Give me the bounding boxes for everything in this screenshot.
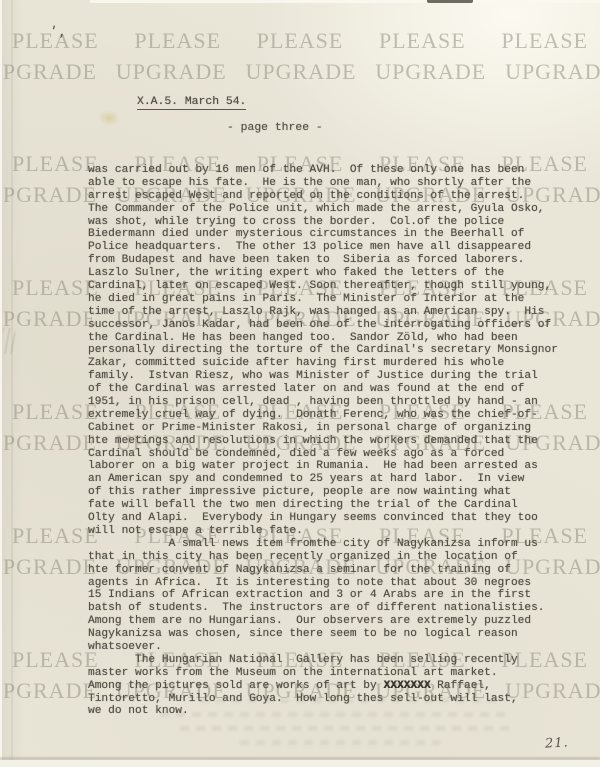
watermark-word: PLEASE bbox=[134, 30, 221, 52]
typed-line: an American spy and condemned to 25 year… bbox=[88, 473, 564, 486]
page-label: - page three - bbox=[227, 122, 323, 134]
typed-line: Laszlo Sulner, the writing expert who fa… bbox=[88, 267, 564, 280]
typed-line: batsh of students. The instructors are o… bbox=[88, 602, 564, 615]
typed-line: whatsoever. bbox=[88, 641, 564, 654]
watermark-word: UPGRADE bbox=[0, 556, 97, 578]
scanned-document-page: PLEASEPLEASEPLEASEPLEASEPLEASEUPGRADEUPG… bbox=[0, 0, 600, 767]
watermark-word: UPGRADE bbox=[0, 61, 97, 83]
handwritten-corner-mark: ’, bbox=[51, 21, 67, 41]
paper-stain bbox=[98, 110, 120, 126]
typed-line: successor, Janos Kadar, had been one of … bbox=[88, 319, 564, 332]
typed-line: A small news item fromthe city of Nagyka… bbox=[88, 538, 564, 551]
bleed-through-text bbox=[180, 726, 510, 731]
watermark-word: PLEASE bbox=[12, 277, 99, 299]
watermark-word: PLEASE bbox=[12, 401, 99, 423]
watermark-word: PLEASE bbox=[12, 153, 99, 175]
handwritten-page-number: 21. bbox=[545, 735, 569, 751]
typed-line: was carried out by 16 men of the AVH. Of… bbox=[88, 164, 564, 177]
typed-line: that in this city has been recently orga… bbox=[88, 551, 564, 564]
scan-edge-top bbox=[90, 0, 600, 3]
typed-line: 1951, in his prison cell, dead , having … bbox=[88, 396, 564, 409]
typed-line: Nagykanizsa was chosen, since there seem… bbox=[88, 628, 564, 641]
watermark-row-please: PLEASEPLEASEPLEASEPLEASEPLEASE bbox=[12, 30, 588, 52]
typed-line: Cabinet or Prime-Minister Rakosi, in per… bbox=[88, 422, 564, 435]
watermark-word: UPGRADE bbox=[0, 432, 97, 454]
crossed-out-text: XXXXXXX bbox=[383, 680, 430, 692]
typed-line: family. Istvan Riesz, who was Minister o… bbox=[88, 370, 564, 383]
watermark-word: UPGRADE bbox=[375, 61, 486, 83]
typed-line: extremely cruel way of dying. Donath Fer… bbox=[88, 409, 564, 422]
typed-body: was carried out by 16 men of the AVH. Of… bbox=[88, 164, 564, 718]
paper-crease bbox=[11, 0, 13, 767]
typed-line: time of the arrest, Laszlo Rajk, was han… bbox=[88, 306, 564, 319]
typed-line: master works from the Museum on the inte… bbox=[88, 667, 564, 680]
scan-edge-bottom bbox=[0, 760, 600, 767]
typed-line: hte former convent of Nagykanizsa a semi… bbox=[88, 564, 564, 577]
watermark-word: UPGRADE bbox=[116, 61, 227, 83]
typed-line: fate will befall the two men directing t… bbox=[88, 499, 564, 512]
scan-top-dark-mark bbox=[427, 0, 473, 3]
typed-line: Zakar, committed suicide after having fi… bbox=[88, 357, 564, 370]
typed-line: Police headquarters. The other 13 police… bbox=[88, 241, 564, 254]
typed-line: the Cardinal. He has been hanged too. Sa… bbox=[88, 332, 564, 345]
typed-line: agents in Africa. It is interesting to n… bbox=[88, 577, 564, 590]
typed-line: will not escape a terrible fate. bbox=[88, 525, 564, 538]
watermark-word: UPGRADE bbox=[0, 184, 97, 206]
watermark-word: PLEASE bbox=[501, 30, 588, 52]
watermark-word: PLEASE bbox=[257, 30, 344, 52]
typed-line: he died in great pains in Paris. The Min… bbox=[88, 293, 564, 306]
watermark-word: UPGRADE bbox=[505, 61, 600, 83]
scan-edge-bottom-shadow bbox=[0, 757, 600, 760]
typed-line: of the Cardinal was arrested later on an… bbox=[88, 383, 564, 396]
scan-edge-left bbox=[0, 0, 2, 767]
typed-line: Cardinal, later on escaped West. Soon th… bbox=[88, 280, 564, 293]
watermark-row-upgrade: UPGRADEUPGRADEUPGRADEUPGRADEUPGRADE bbox=[0, 61, 600, 83]
watermark-word: PLEASE bbox=[12, 525, 99, 547]
margin-scribble bbox=[3, 328, 15, 354]
typed-line: Olty and Alapi. Everybody in Hungary see… bbox=[88, 512, 564, 525]
watermark-word: PLEASE bbox=[12, 649, 99, 671]
typed-line: Biedermann died under mysterious circums… bbox=[88, 228, 564, 241]
typed-line: Among them are no Hungarians. Our observ… bbox=[88, 615, 564, 628]
typed-line: hte meetings and resolutions in which th… bbox=[88, 435, 564, 448]
typed-line: The Commander of the Police unit, which … bbox=[88, 203, 564, 216]
typed-line: The Hungarian National Gallery has been … bbox=[88, 654, 564, 667]
watermark-word: UPGRADE bbox=[0, 308, 97, 330]
typed-line: 15 Indians of African extraction and 3 o… bbox=[88, 589, 564, 602]
bleed-through-text bbox=[240, 740, 440, 745]
typed-line: of this rather impressive picture, peopl… bbox=[88, 486, 564, 499]
typed-line: laborer on a big water project in Rumani… bbox=[88, 460, 564, 473]
typed-line: from Budapest and have been taken to Sib… bbox=[88, 254, 564, 267]
typed-line: able to escape his fate. He is the one m… bbox=[88, 177, 564, 190]
typed-line: was shot, while trying to cross the bord… bbox=[88, 216, 564, 229]
typed-line: Among the pictures sold are works of art… bbox=[88, 680, 564, 693]
watermark-word: UPGRADE bbox=[0, 680, 97, 702]
typed-line: personally directing the torture of the … bbox=[88, 344, 564, 357]
document-reference-heading: X.A.5. March 54. bbox=[137, 96, 246, 110]
watermark-word: PLEASE bbox=[379, 30, 466, 52]
typed-line: Tintoretto, Murillo and Goya. How long t… bbox=[88, 693, 564, 706]
watermark-word: UPGRADE bbox=[246, 61, 357, 83]
typed-line: arrest escaped West and reported on the … bbox=[88, 190, 564, 203]
typed-line: we do not know. bbox=[88, 705, 564, 718]
typed-line: Cardinal should be condemned, died a few… bbox=[88, 448, 564, 461]
